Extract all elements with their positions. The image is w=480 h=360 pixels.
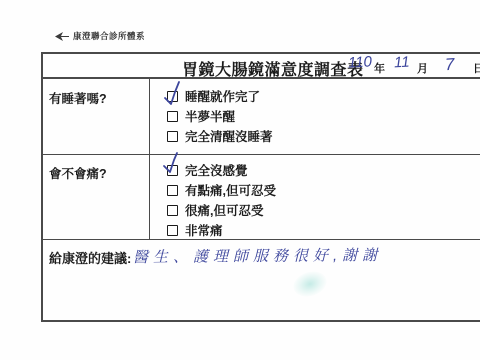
answer-option: 有點痛,但可忍受: [167, 180, 480, 200]
checkbox: [167, 205, 178, 216]
answer-option: 完全清醒沒睡著: [167, 126, 480, 146]
sleep-question-cell: 有睡著嗎?: [43, 79, 150, 154]
plane-arrow-icon: [55, 32, 69, 41]
survey-form: 胃鏡大腸鏡滿意度調查表 110 年 11 月 7 日 有睡著嗎? 睡醒就作完了 …: [41, 52, 480, 322]
answer-option: 非常痛: [167, 220, 480, 240]
date-year-value: 110: [348, 53, 373, 71]
checkbox: [167, 131, 178, 142]
option-label: 睡醒就作完了: [185, 87, 260, 105]
page-root: { "colors": { "page-bg": "#fefefe", "lin…: [0, 0, 480, 360]
option-label: 有點痛,但可忍受: [185, 181, 276, 199]
checkbox: [167, 111, 178, 122]
option-label: 完全清醒沒睡著: [185, 127, 273, 145]
sleep-question-label: 有睡著嗎?: [49, 92, 107, 106]
section-pain-row: 會不會痛? 完全沒感覺 有點痛,但可忍受 很痛,但可忍受 非常痛: [43, 155, 480, 240]
clinic-logo-text: 康澄聯合診所體系: [73, 30, 145, 42]
sleep-answer-cell: 睡醒就作完了 半夢半醒 完全清醒沒睡著: [150, 79, 480, 154]
form-title: 胃鏡大腸鏡滿意度調查表: [182, 57, 364, 80]
answer-option: 半夢半醒: [167, 106, 480, 126]
answer-option: 完全沒感覺: [167, 160, 480, 180]
handwritten-suggestion: 醫生、護理師服務很好,謝謝: [133, 244, 382, 267]
pain-question-cell: 會不會痛?: [43, 155, 150, 239]
option-label: 很痛,但可忍受: [185, 201, 263, 219]
answer-option: 睡醒就作完了: [167, 86, 480, 106]
pain-answer-cell: 完全沒感覺 有點痛,但可忍受 很痛,但可忍受 非常痛: [150, 155, 480, 239]
checkbox: [167, 91, 178, 102]
checkbox: [167, 225, 178, 236]
pain-question-label: 會不會痛?: [49, 167, 107, 181]
suggestion-row: 給康澄的建議: 醫生、護理師服務很好,謝謝: [43, 240, 480, 268]
clinic-logo: 康澄聯合診所體系: [55, 30, 145, 42]
date-day-value: 7: [444, 55, 455, 75]
date-day-unit: 日: [473, 60, 480, 76]
section-sleep-row: 有睡著嗎? 睡醒就作完了 半夢半醒 完全清醒沒睡著: [43, 79, 480, 155]
answer-option: 很痛,但可忍受: [167, 200, 480, 220]
option-label: 非常痛: [185, 221, 223, 239]
date-year-unit: 年: [374, 60, 385, 76]
date-month-unit: 月: [417, 60, 428, 76]
date-month-value: 11: [394, 54, 410, 72]
suggestion-label: 給康澄的建議:: [49, 251, 131, 266]
option-label: 半夢半醒: [185, 107, 235, 125]
option-label: 完全沒感覺: [185, 161, 248, 179]
checkbox: [167, 185, 178, 196]
form-title-row: 胃鏡大腸鏡滿意度調查表 110 年 11 月 7 日: [43, 54, 480, 79]
checkbox: [167, 165, 178, 176]
